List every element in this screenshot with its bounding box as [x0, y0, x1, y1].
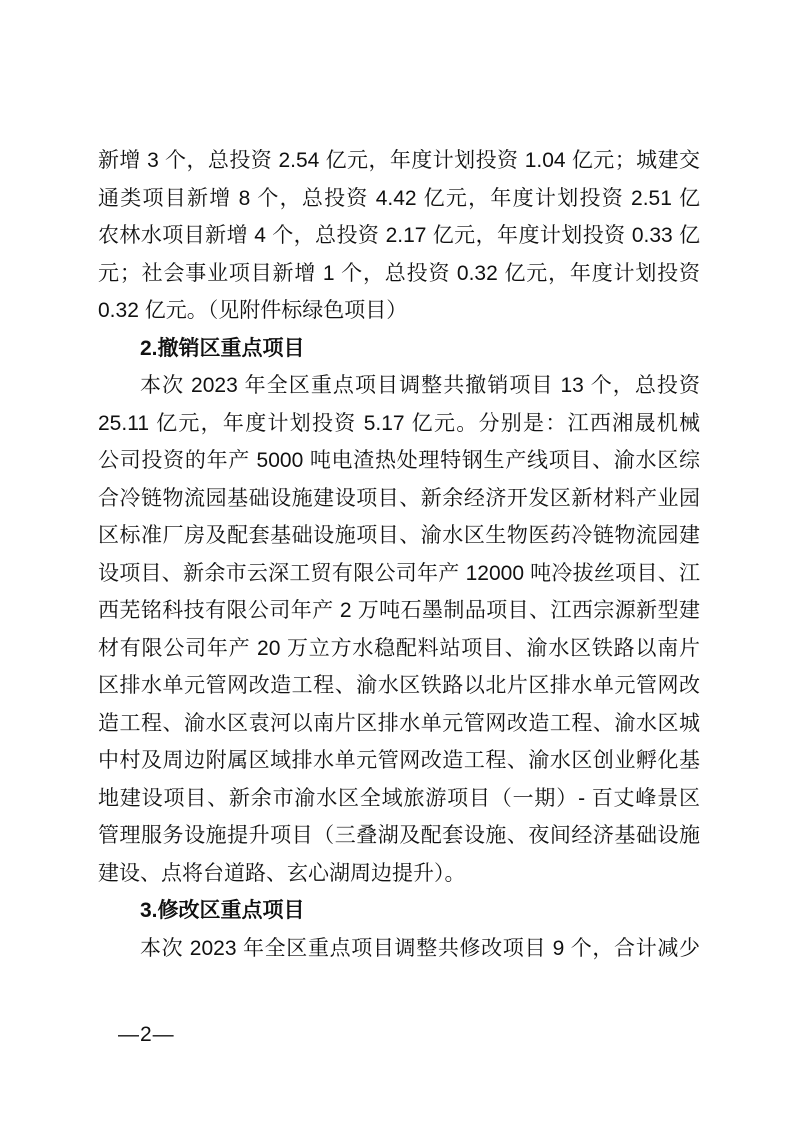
- text-line: 合冷链物流园基础设施建设项目、新余经济开发区新材料产业园: [98, 480, 700, 518]
- text-line: 中村及周边附属区域排水单元管网改造工程、渝水区创业孵化基: [98, 742, 700, 780]
- heading-cancelled-projects: 2.撤销区重点项目: [98, 330, 700, 368]
- paragraph-modified-projects: 本次 2023 年全区重点项目调整共修改项目 9 个，合计减少: [98, 930, 700, 968]
- text-line: 0.32 亿元。（见附件标绿色项目）: [98, 292, 700, 330]
- text-line: 公司投资的年产 5000 吨电渣热处理特钢生产线项目、渝水区综: [98, 442, 700, 480]
- text-line: 本次 2023 年全区重点项目调整共修改项目 9 个，合计减少: [98, 930, 700, 968]
- text-line: 区标准厂房及配套基础设施项目、渝水区生物医药冷链物流园建: [98, 517, 700, 555]
- page-number: —2—: [118, 1022, 175, 1048]
- text-line: 造工程、渝水区袁河以南片区排水单元管网改造工程、渝水区城: [98, 705, 700, 743]
- text-line: 农林水项目新增 4 个，总投资 2.17 亿元，年度计划投资 0.33 亿: [98, 217, 700, 255]
- paragraph-cancelled-projects: 本次 2023 年全区重点项目调整共撤销项目 13 个，总投资25.11 亿元，…: [98, 367, 700, 892]
- text-line: 区排水单元管网改造工程、渝水区铁路以北片区排水单元管网改: [98, 667, 700, 705]
- heading-modified-projects: 3.修改区重点项目: [98, 892, 700, 930]
- text-line: 建设、点将台道路、玄心湖周边提升）。: [98, 855, 700, 893]
- text-line: 新增 3 个，总投资 2.54 亿元，年度计划投资 1.04 亿元；城建交: [98, 142, 700, 180]
- text-line: 元；社会事业项目新增 1 个，总投资 0.32 亿元，年度计划投资: [98, 255, 700, 293]
- text-line: 管理服务设施提升项目（三叠湖及配套设施、夜间经济基础设施: [98, 817, 700, 855]
- text-block: 新增 3 个，总投资 2.54 亿元，年度计划投资 1.04 亿元；城建交通类项…: [98, 142, 700, 967]
- text-line: 材有限公司年产 20 万立方水稳配料站项目、渝水区铁路以南片: [98, 630, 700, 668]
- text-line: 设项目、新余市云深工贸有限公司年产 12000 吨冷拔丝项目、江: [98, 555, 700, 593]
- document-page: 新增 3 个，总投资 2.54 亿元，年度计划投资 1.04 亿元；城建交通类项…: [0, 0, 793, 1122]
- text-line: 通类项目新增 8 个，总投资 4.42 亿元，年度计划投资 2.51 亿元；: [98, 180, 700, 218]
- text-line: 西芜铭科技有限公司年产 2 万吨石墨制品项目、江西宗源新型建: [98, 592, 700, 630]
- text-line: 本次 2023 年全区重点项目调整共撤销项目 13 个，总投资: [98, 367, 700, 405]
- paragraph-new-projects: 新增 3 个，总投资 2.54 亿元，年度计划投资 1.04 亿元；城建交通类项…: [98, 142, 700, 330]
- text-line: 地建设项目、新余市渝水区全域旅游项目（一期）- 百丈峰景区: [98, 780, 700, 818]
- text-line: 25.11 亿元，年度计划投资 5.17 亿元。分别是：江西湘晟机械: [98, 405, 700, 443]
